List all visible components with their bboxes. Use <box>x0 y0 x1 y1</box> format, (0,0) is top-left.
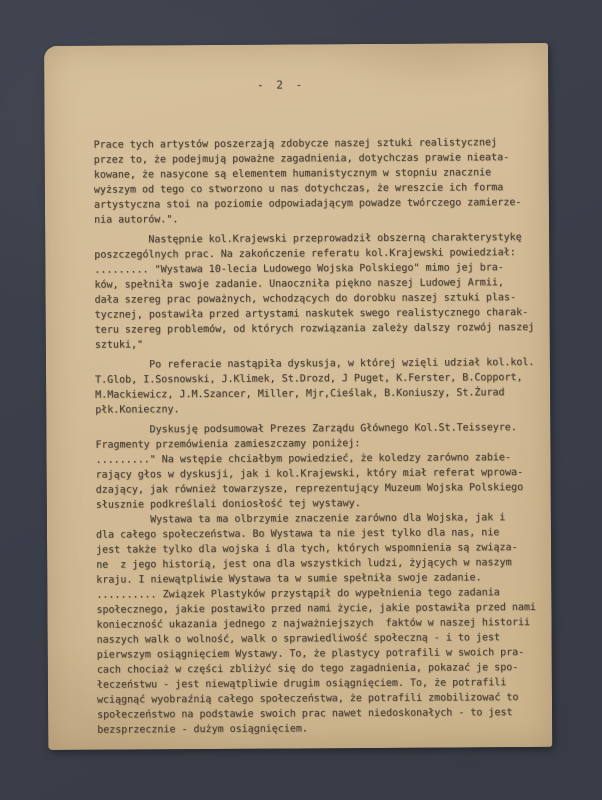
text-line: płk.Konieczny. <box>95 400 550 418</box>
text-line: nia autorów.". <box>94 210 549 228</box>
page-number: - 2 - <box>44 77 518 93</box>
paragraph: ........." Na wstępie chciałbym powiedzi… <box>95 450 550 513</box>
paragraph: Dyskusję podsumował Prezes Zarządu Główn… <box>95 420 550 453</box>
photo-background-mat: - 2 - Prace tych artystów poszerzają zdo… <box>0 0 602 800</box>
paragraph: Następnie kol.Krajewski przeprowadził ob… <box>94 230 550 353</box>
text-line: ne z jego historią, jest ona dla wszystk… <box>96 555 551 573</box>
scanned-page: - 2 - Prace tych artystów poszerzają zdo… <box>44 43 552 750</box>
paragraph: Po referacie nastąpiła dyskusja, w które… <box>95 355 550 418</box>
text-line: bezsprzecznie - dużym osiągnięciem. <box>97 720 552 738</box>
text-line: artystyczna stoi na poziomie odpowiadają… <box>94 195 549 213</box>
text-line: M.Mackiewicz, J.M.Szancer, Miller, Mjr,C… <box>95 385 550 403</box>
text-line: społeczeństwo na podstawie swoich prac n… <box>97 705 552 723</box>
text-line: dzający, jak również towarzysze, repreze… <box>96 480 551 498</box>
text-line: sztuki," <box>95 335 550 353</box>
paragraph: Prace tych artystów poszerzają zdobycze … <box>94 135 550 228</box>
typewritten-text-block: Prace tych artystów poszerzają zdobycze … <box>93 105 552 768</box>
text-line: teru szereg problemów, od których rozwią… <box>95 320 550 338</box>
scanned-document-photo: - 2 - Prace tych artystów poszerzają zdo… <box>0 0 602 800</box>
end-of-text-mark: ./. <box>459 750 477 765</box>
text-line: Dyskusję podsumował Prezes Zarządu Główn… <box>95 420 550 438</box>
paragraph: Wystawa ta ma olbrzymie znaczenie zarówn… <box>96 510 552 738</box>
